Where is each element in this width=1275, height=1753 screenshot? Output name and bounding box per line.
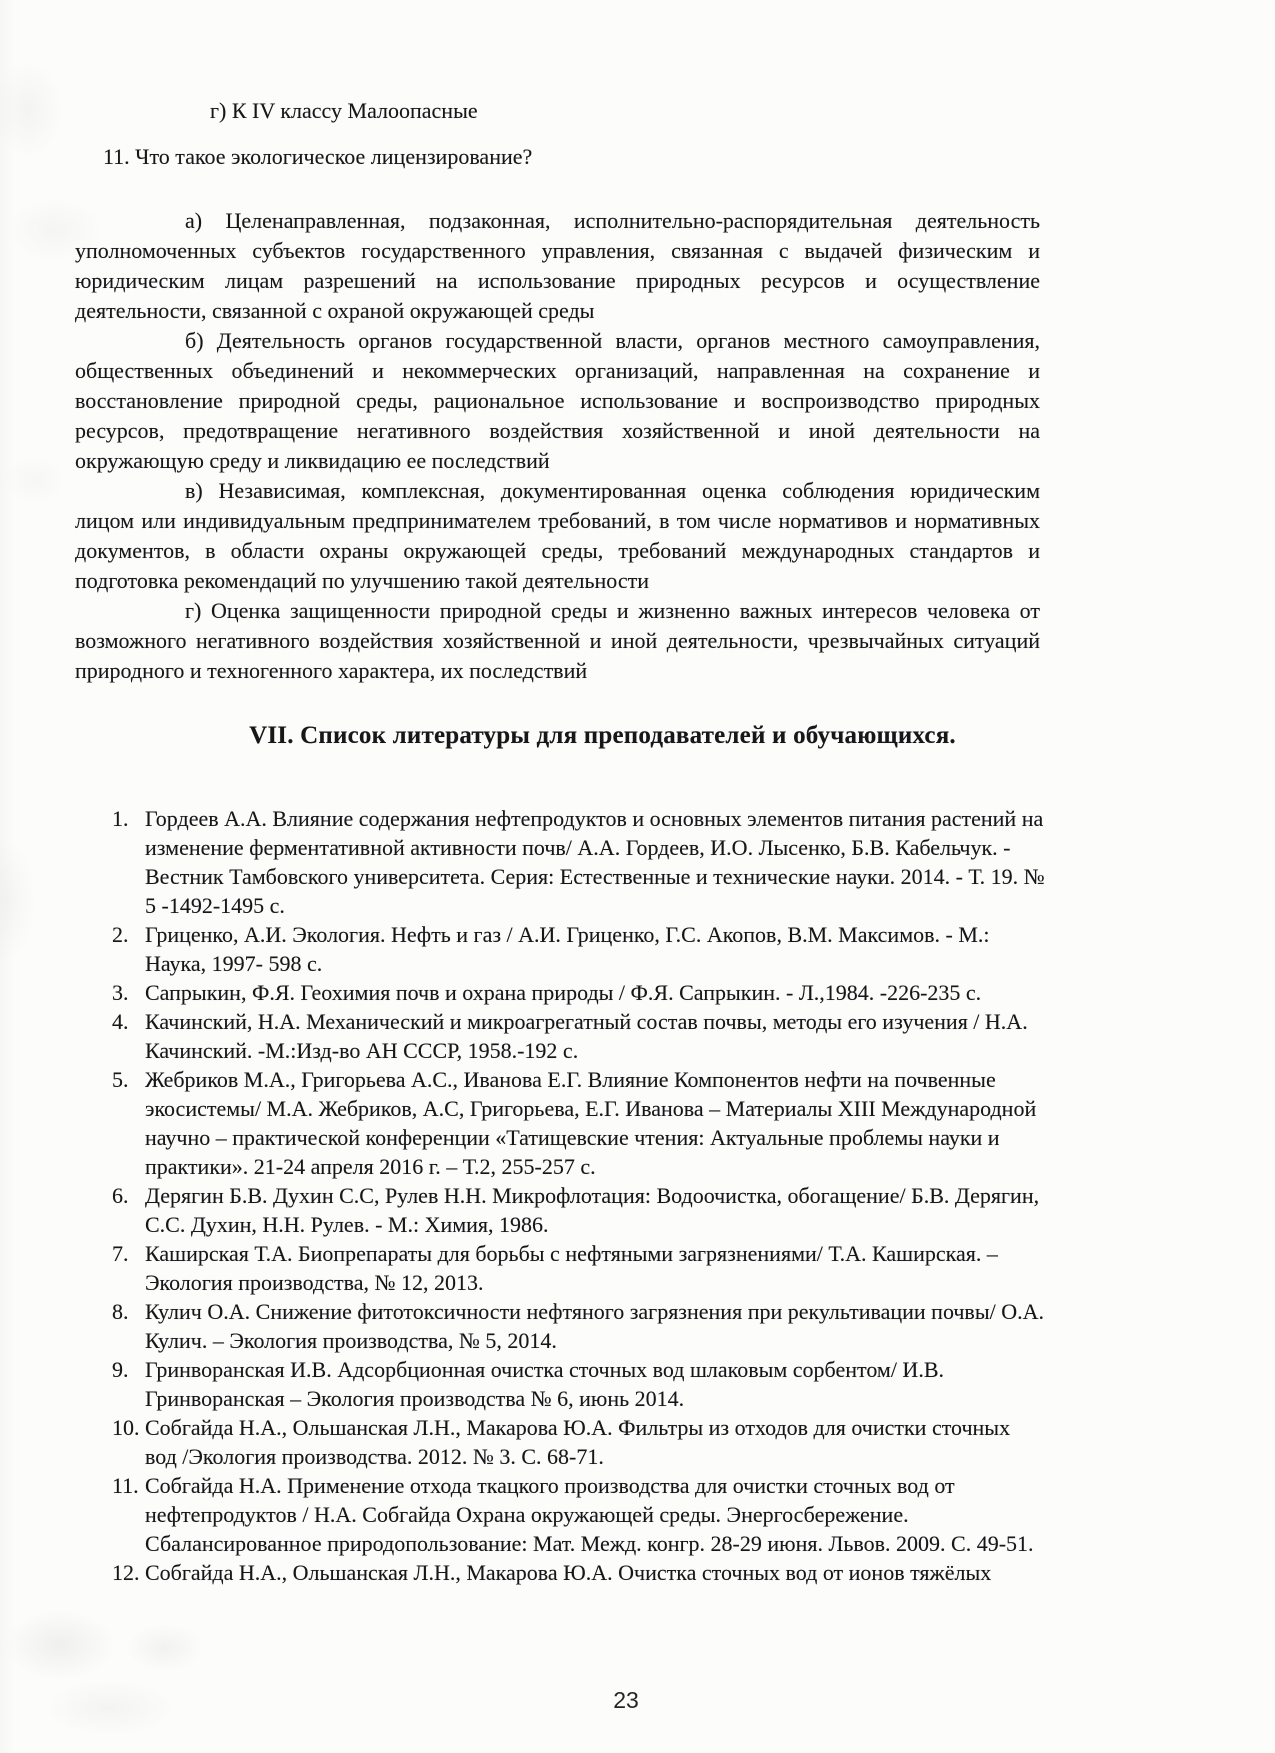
item-number: 1.	[112, 804, 129, 833]
bibliography-item: 7.Каширская Т.А. Биопрепараты для борьбы…	[112, 1239, 1047, 1297]
bibliography-item: 2.Гриценко, А.И. Экология. Нефть и газ /…	[112, 920, 1047, 978]
bibliography-item: 1.Гордеев А.А. Влияние содержания нефтеп…	[112, 804, 1047, 920]
bibliography-item: 5.Жебриков М.А., Григорьева А.С., Иванов…	[112, 1065, 1047, 1181]
page-number: 23	[0, 1687, 1252, 1714]
section-heading-literature: VII. Список литературы для преподавателе…	[120, 720, 1085, 752]
item-text: Гринворанская И.В. Адсорбционная очистка…	[145, 1357, 944, 1411]
item-text: Гордеев А.А. Влияние содержания нефтепро…	[145, 806, 1045, 918]
bibliography-item: 10.Собгайда Н.А., Ольшанская Л.Н., Макар…	[112, 1413, 1047, 1471]
item-number: 12.	[112, 1558, 140, 1587]
item-number: 5.	[112, 1065, 129, 1094]
item-text: Жебриков М.А., Григорьева А.С., Иванова …	[145, 1067, 1036, 1179]
item-number: 10.	[112, 1413, 140, 1442]
item-number: 6.	[112, 1181, 129, 1210]
bibliography-item: 8.Кулич О.А. Снижение фитотоксичности не…	[112, 1297, 1047, 1355]
item-number: 2.	[112, 920, 129, 949]
answer-options: а) Целенаправленная, подзаконная, исполн…	[75, 206, 1040, 686]
item-text: Сапрыкин, Ф.Я. Геохимия почв и охрана пр…	[145, 980, 981, 1005]
answer-option-v: в) Независимая, комплексная, документиро…	[75, 476, 1040, 596]
item-text: Собгайда Н.А., Ольшанская Л.Н., Макарова…	[145, 1415, 1010, 1469]
item-number: 4.	[112, 1007, 129, 1036]
item-number: 3.	[112, 978, 129, 1007]
item-text: Собгайда Н.А. Применение отхода ткацкого…	[145, 1473, 1034, 1556]
item-text: Качинский, Н.А. Механический и микроагре…	[145, 1009, 1028, 1063]
bibliography-item: 4.Качинский, Н.А. Механический и микроаг…	[112, 1007, 1047, 1065]
item-text: Кулич О.А. Снижение фитотоксичности нефт…	[145, 1299, 1044, 1353]
answer-option-a: а) Целенаправленная, подзаконная, исполн…	[75, 206, 1040, 326]
bibliography-list: 1.Гордеев А.А. Влияние содержания нефтеп…	[112, 804, 1047, 1587]
item-number: 11.	[112, 1471, 139, 1500]
bibliography-item: 9.Гринворанская И.В. Адсорбционная очист…	[112, 1355, 1047, 1413]
bibliography-item: 6.Дерягин Б.В. Духин С.С, Рулев Н.Н. Мик…	[112, 1181, 1047, 1239]
item-text: Дерягин Б.В. Духин С.С, Рулев Н.Н. Микро…	[145, 1183, 1039, 1237]
answer-option-g: г) Оценка защищенности природной среды и…	[75, 596, 1040, 686]
question-11: 11. Что такое экологическое лицензирован…	[103, 142, 1040, 172]
answer-option-b: б) Деятельность органов государственной …	[75, 326, 1040, 476]
item-text: Собгайда Н.А., Ольшанская Л.Н., Макарова…	[145, 1560, 991, 1585]
bibliography-item: 12.Собгайда Н.А., Ольшанская Л.Н., Макар…	[112, 1558, 1047, 1587]
bibliography-item: 3.Сапрыкин, Ф.Я. Геохимия почв и охрана …	[112, 978, 1047, 1007]
item-text: Гриценко, А.И. Экология. Нефть и газ / А…	[145, 922, 990, 976]
page-content: г) К IV классу Малоопасные 11. Что такое…	[75, 0, 1040, 1587]
item-number: 9.	[112, 1355, 129, 1384]
class-option-line: г) К IV классу Малоопасные	[210, 96, 1040, 126]
bibliography-item: 11.Собгайда Н.А. Применение отхода ткацк…	[112, 1471, 1047, 1558]
item-number: 7.	[112, 1239, 129, 1268]
scanned-document-page: г) К IV классу Малоопасные 11. Что такое…	[0, 0, 1275, 1753]
item-number: 8.	[112, 1297, 129, 1326]
item-text: Каширская Т.А. Биопрепараты для борьбы с…	[145, 1241, 998, 1295]
